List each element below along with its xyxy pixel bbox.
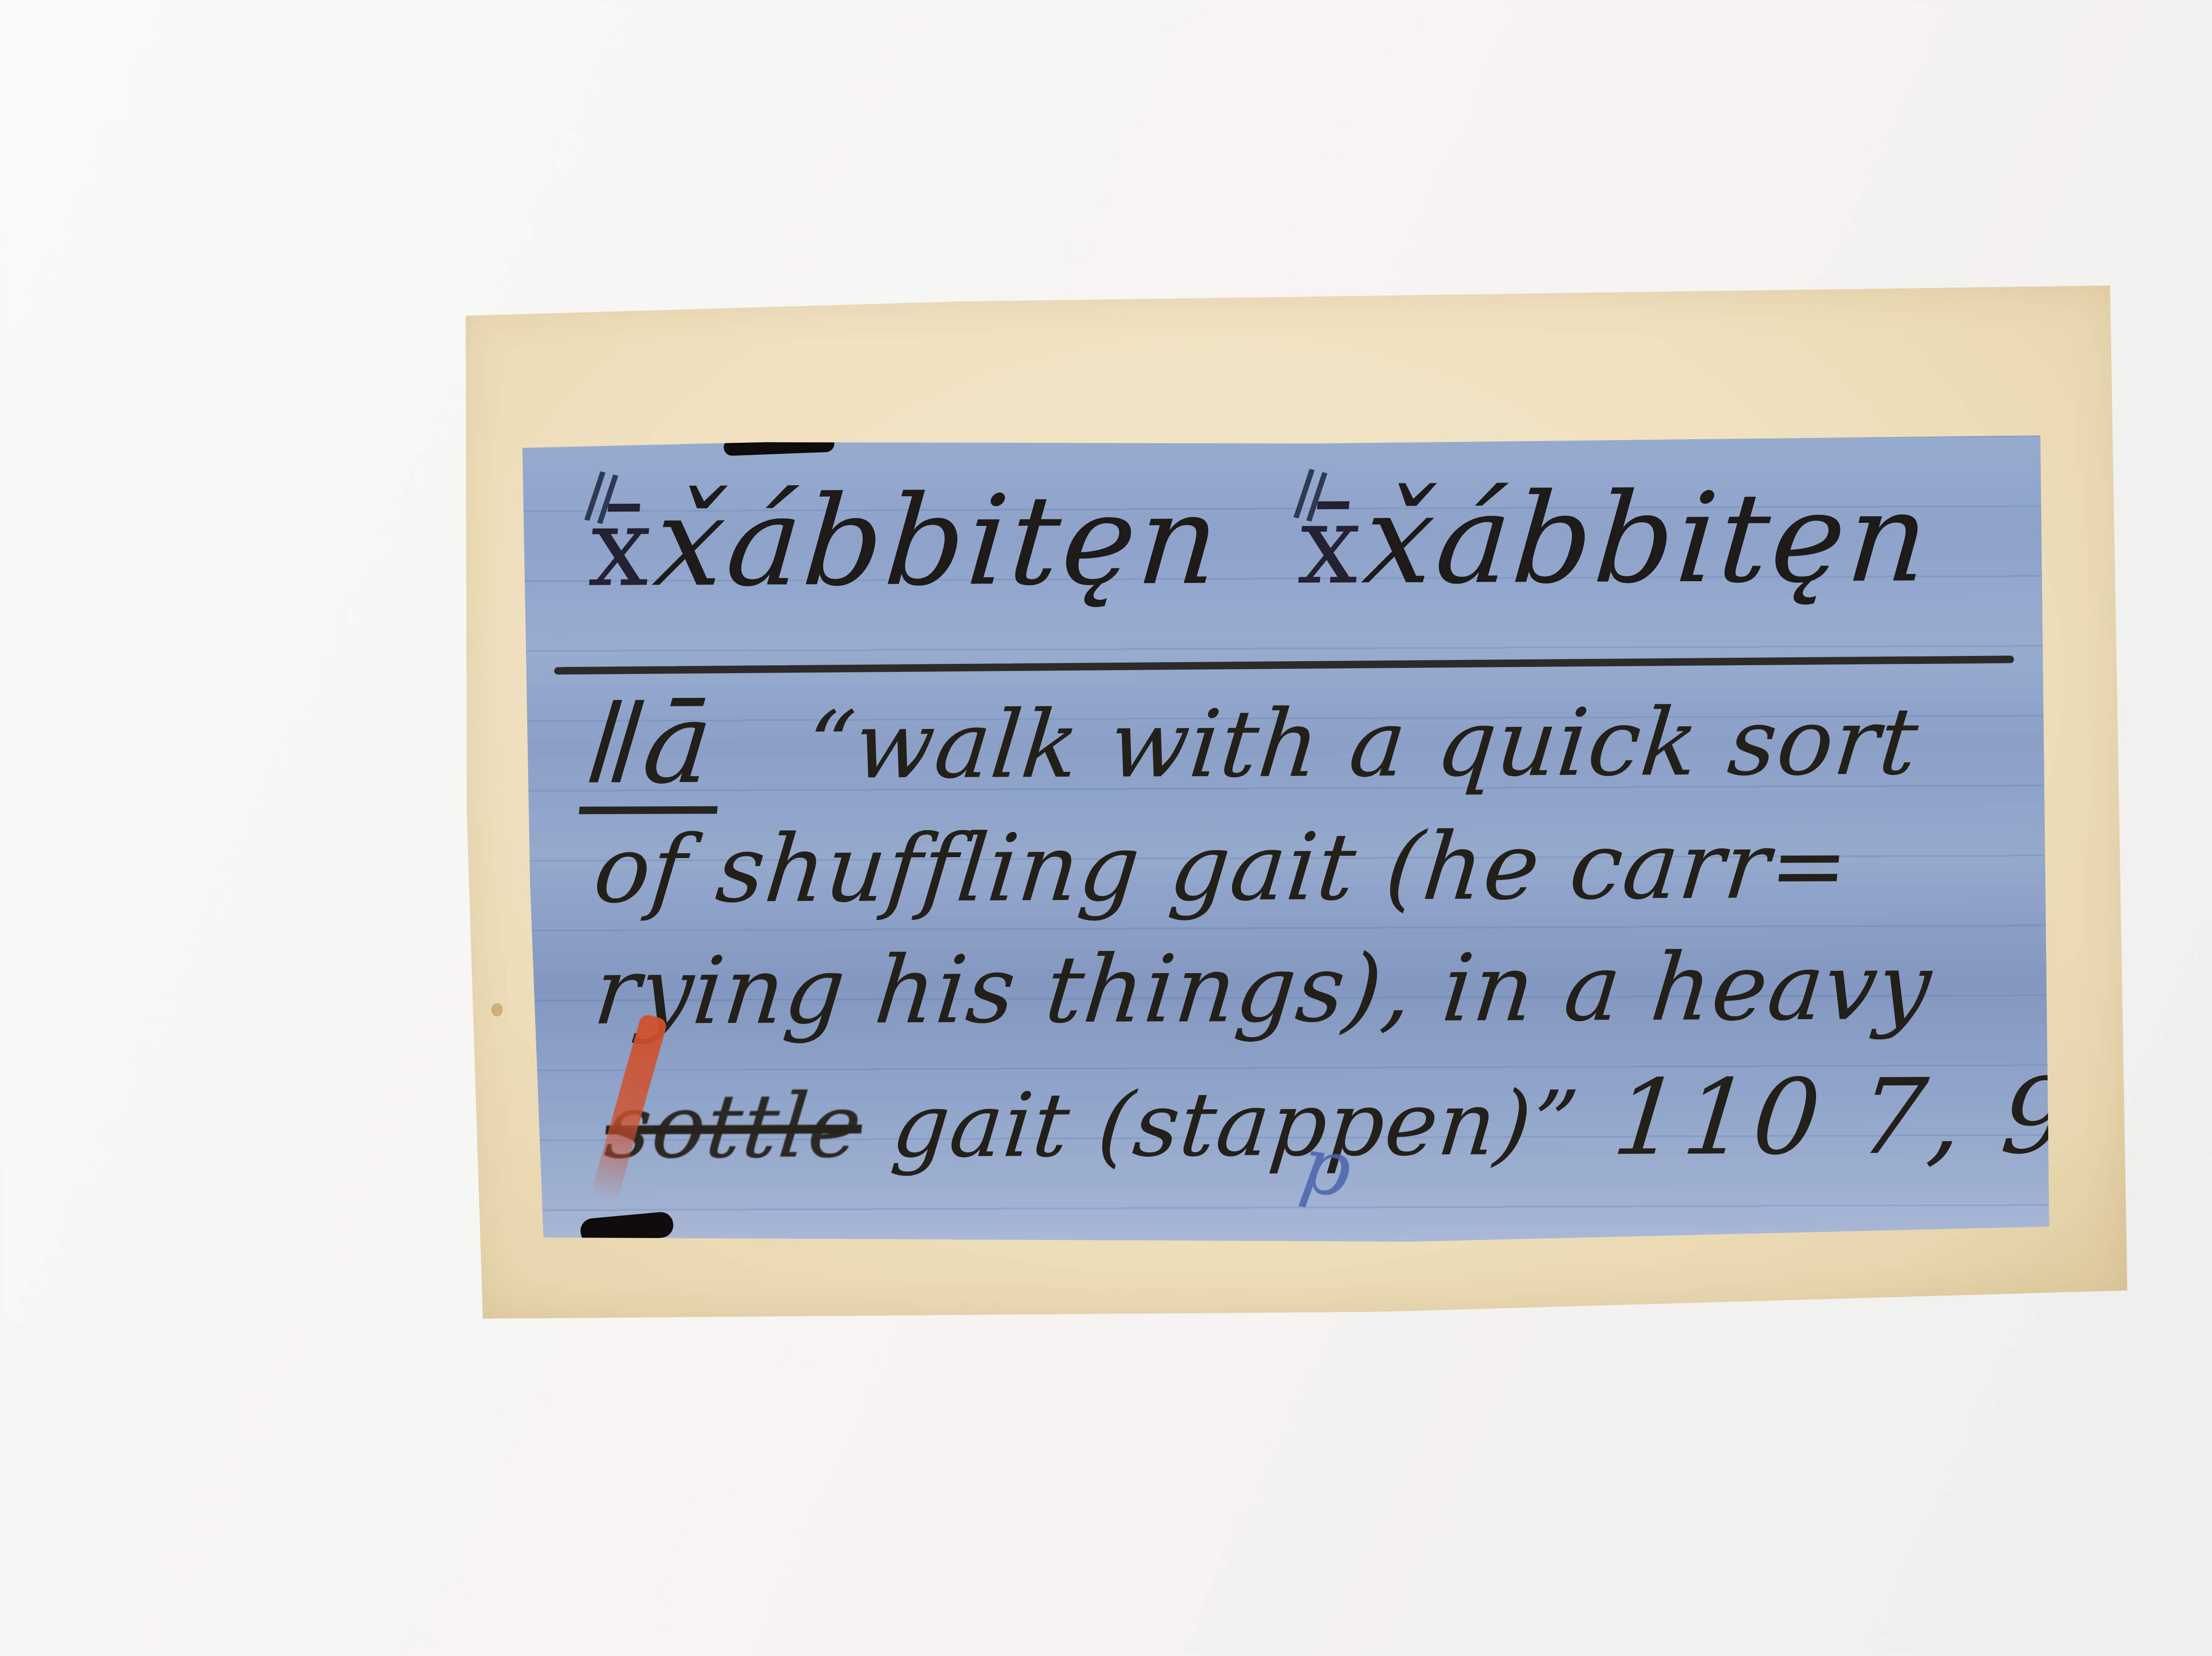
paper-fleck xyxy=(491,1003,503,1016)
headword: x̌ábbitęn xyxy=(649,468,1227,615)
gloss-line-final: sottlegait (stappen)”110 7, 9; xyxy=(600,1054,2117,1184)
citation: 110 7, 9; xyxy=(1608,1056,2117,1179)
ink-smudge-bottom xyxy=(580,1211,674,1245)
headword: x̌ábbitęn xyxy=(1358,466,1936,612)
gloss-line: “walk with a quick sort xyxy=(801,686,1924,801)
gloss-line: rying his things), in a heavy xyxy=(589,931,1937,1047)
blue-slip: ǁx̄x̌ábbitęnǁx̄x̌ábbitęn ǁā “walk with a… xyxy=(522,435,2049,1245)
photo-backdrop: ǁx̄x̌ábbitęnǁx̄x̌ábbitęn ǁā “walk with a… xyxy=(0,0,2212,1656)
gloss-label: ǁā xyxy=(579,684,730,814)
headword-underline xyxy=(554,655,2014,675)
gloss-end: gait (stappen)” xyxy=(887,1072,1583,1177)
archive-card: ǁx̄x̌ábbitęnǁx̄x̌ábbitęn ǁā “walk with a… xyxy=(461,285,2128,1323)
headword-line: ǁx̄x̌ábbitęnǁx̄x̌ábbitęn xyxy=(557,448,1938,632)
gloss-line: of shuffling gait (he carr= xyxy=(589,810,1855,926)
